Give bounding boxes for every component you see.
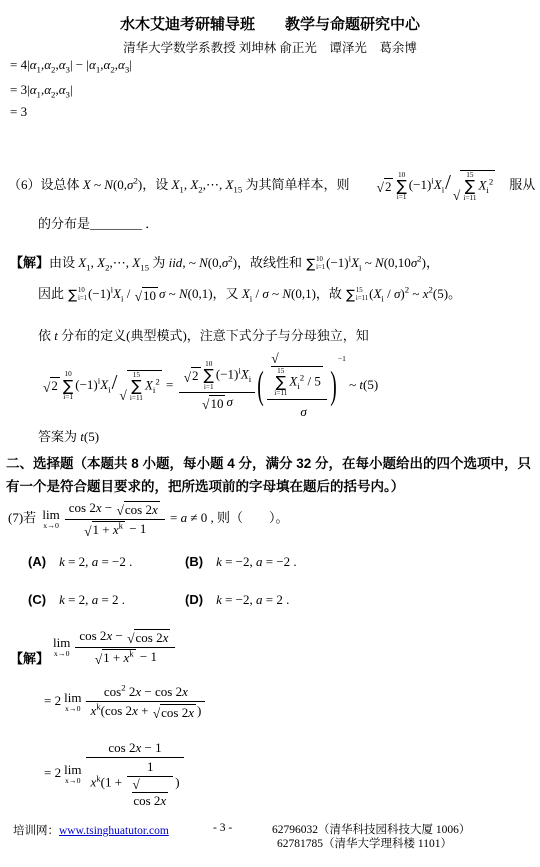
- option-c: (C) k = 2, a = 2 .: [28, 589, 125, 608]
- question-6-stem: （6）设总体 X ~ N(0,σ2)，设 X1, X2,⋯, X15 为其简单样…: [8, 170, 535, 202]
- footer-site-link[interactable]: www.tsinghuatutor.com: [59, 825, 169, 837]
- section-2-heading: 二、选择题（本题共 8 小题，每小题 4 分，满分 32 分，在每小题给出的四个…: [6, 452, 536, 498]
- footer-page-number: - 3 -: [213, 822, 232, 834]
- page-title: 水木艾迪考研辅导班 教学与命题研究中心: [0, 13, 540, 34]
- solution-7-line-1: limx→0cos 2x − √cos 2x√1 + xk − 1: [50, 628, 177, 666]
- footer-phone-2: 62781785（清华大学理科楼 1101）: [277, 835, 452, 851]
- option-a-text: k = 2, a = −2 .: [59, 554, 132, 569]
- option-d: (D) k = −2, a = 2 .: [185, 589, 289, 608]
- footer-site-label: 培训网：: [13, 825, 59, 837]
- authors-line: 清华大学数学系教授 刘坤林 俞正光 谭泽光 葛余博: [0, 38, 540, 56]
- option-c-label: (C): [28, 592, 46, 607]
- document-page: 水木艾迪考研辅导班 教学与命题研究中心 清华大学数学系教授 刘坤林 俞正光 谭泽…: [0, 0, 540, 867]
- solution-6-display-formula: √210∑i=1(−1)iXi/√15∑i=11Xi2 = √210∑i=1(−…: [42, 352, 378, 420]
- solution-6-line-1: 【解】由设 X1, X2,⋯, X15 为 iid, ~ N(0,σ2)，故线性…: [10, 252, 439, 272]
- solution-7-line-3: = 2limx→0cos 2x − 1xk(1 + 1√cos 2x): [44, 740, 186, 809]
- determinant-line-1: = 4|α1,α2,α3| − |α1,α2,α3|: [10, 57, 132, 73]
- solution-6-formula-1: 由设 X1, X2,⋯, X15 为 iid, ~ N(0,σ2)，故线性和 ∑…: [49, 255, 439, 270]
- option-a-label: (A): [28, 554, 46, 569]
- option-b-label: (B): [185, 554, 203, 569]
- question-7-stem: (7)若 limx→0cos 2x − √cos 2x√1 + xk − 1 =…: [8, 500, 289, 538]
- option-d-label: (D): [185, 592, 203, 607]
- solution-tag: 【解】: [10, 255, 49, 270]
- solution-6-answer: 答案为 t(5): [38, 426, 99, 445]
- question-6-blank-line: 的分布是________ ．: [38, 213, 158, 232]
- solution-7-line-2: = 2limx→0cos2 2x − cos 2xxk(cos 2x + √co…: [44, 684, 207, 721]
- determinant-line-3: = 3: [10, 104, 27, 120]
- footer-site: 培训网：www.tsinghuatutor.com: [13, 822, 169, 838]
- option-b: (B) k = −2, a = −2 .: [185, 551, 297, 570]
- option-c-text: k = 2, a = 2 .: [59, 592, 125, 607]
- option-a: (A) k = 2, a = −2 .: [28, 551, 132, 570]
- solution-7-tag: 【解】: [10, 648, 49, 667]
- determinant-line-2: = 3|α1,α2,α3|: [10, 82, 73, 98]
- solution-6-line-3: 依 t 分布的定义(典型模式)，注意下式分子与分母独立，知: [38, 325, 369, 344]
- option-d-text: k = −2, a = 2 .: [216, 592, 289, 607]
- option-b-text: k = −2, a = −2 .: [216, 554, 297, 569]
- solution-6-line-2: 因此 ∑10i=1(−1)iXi / √10σ ~ N(0,1)，又 Xi / …: [38, 283, 461, 304]
- solution-tag: 【解】: [10, 651, 49, 666]
